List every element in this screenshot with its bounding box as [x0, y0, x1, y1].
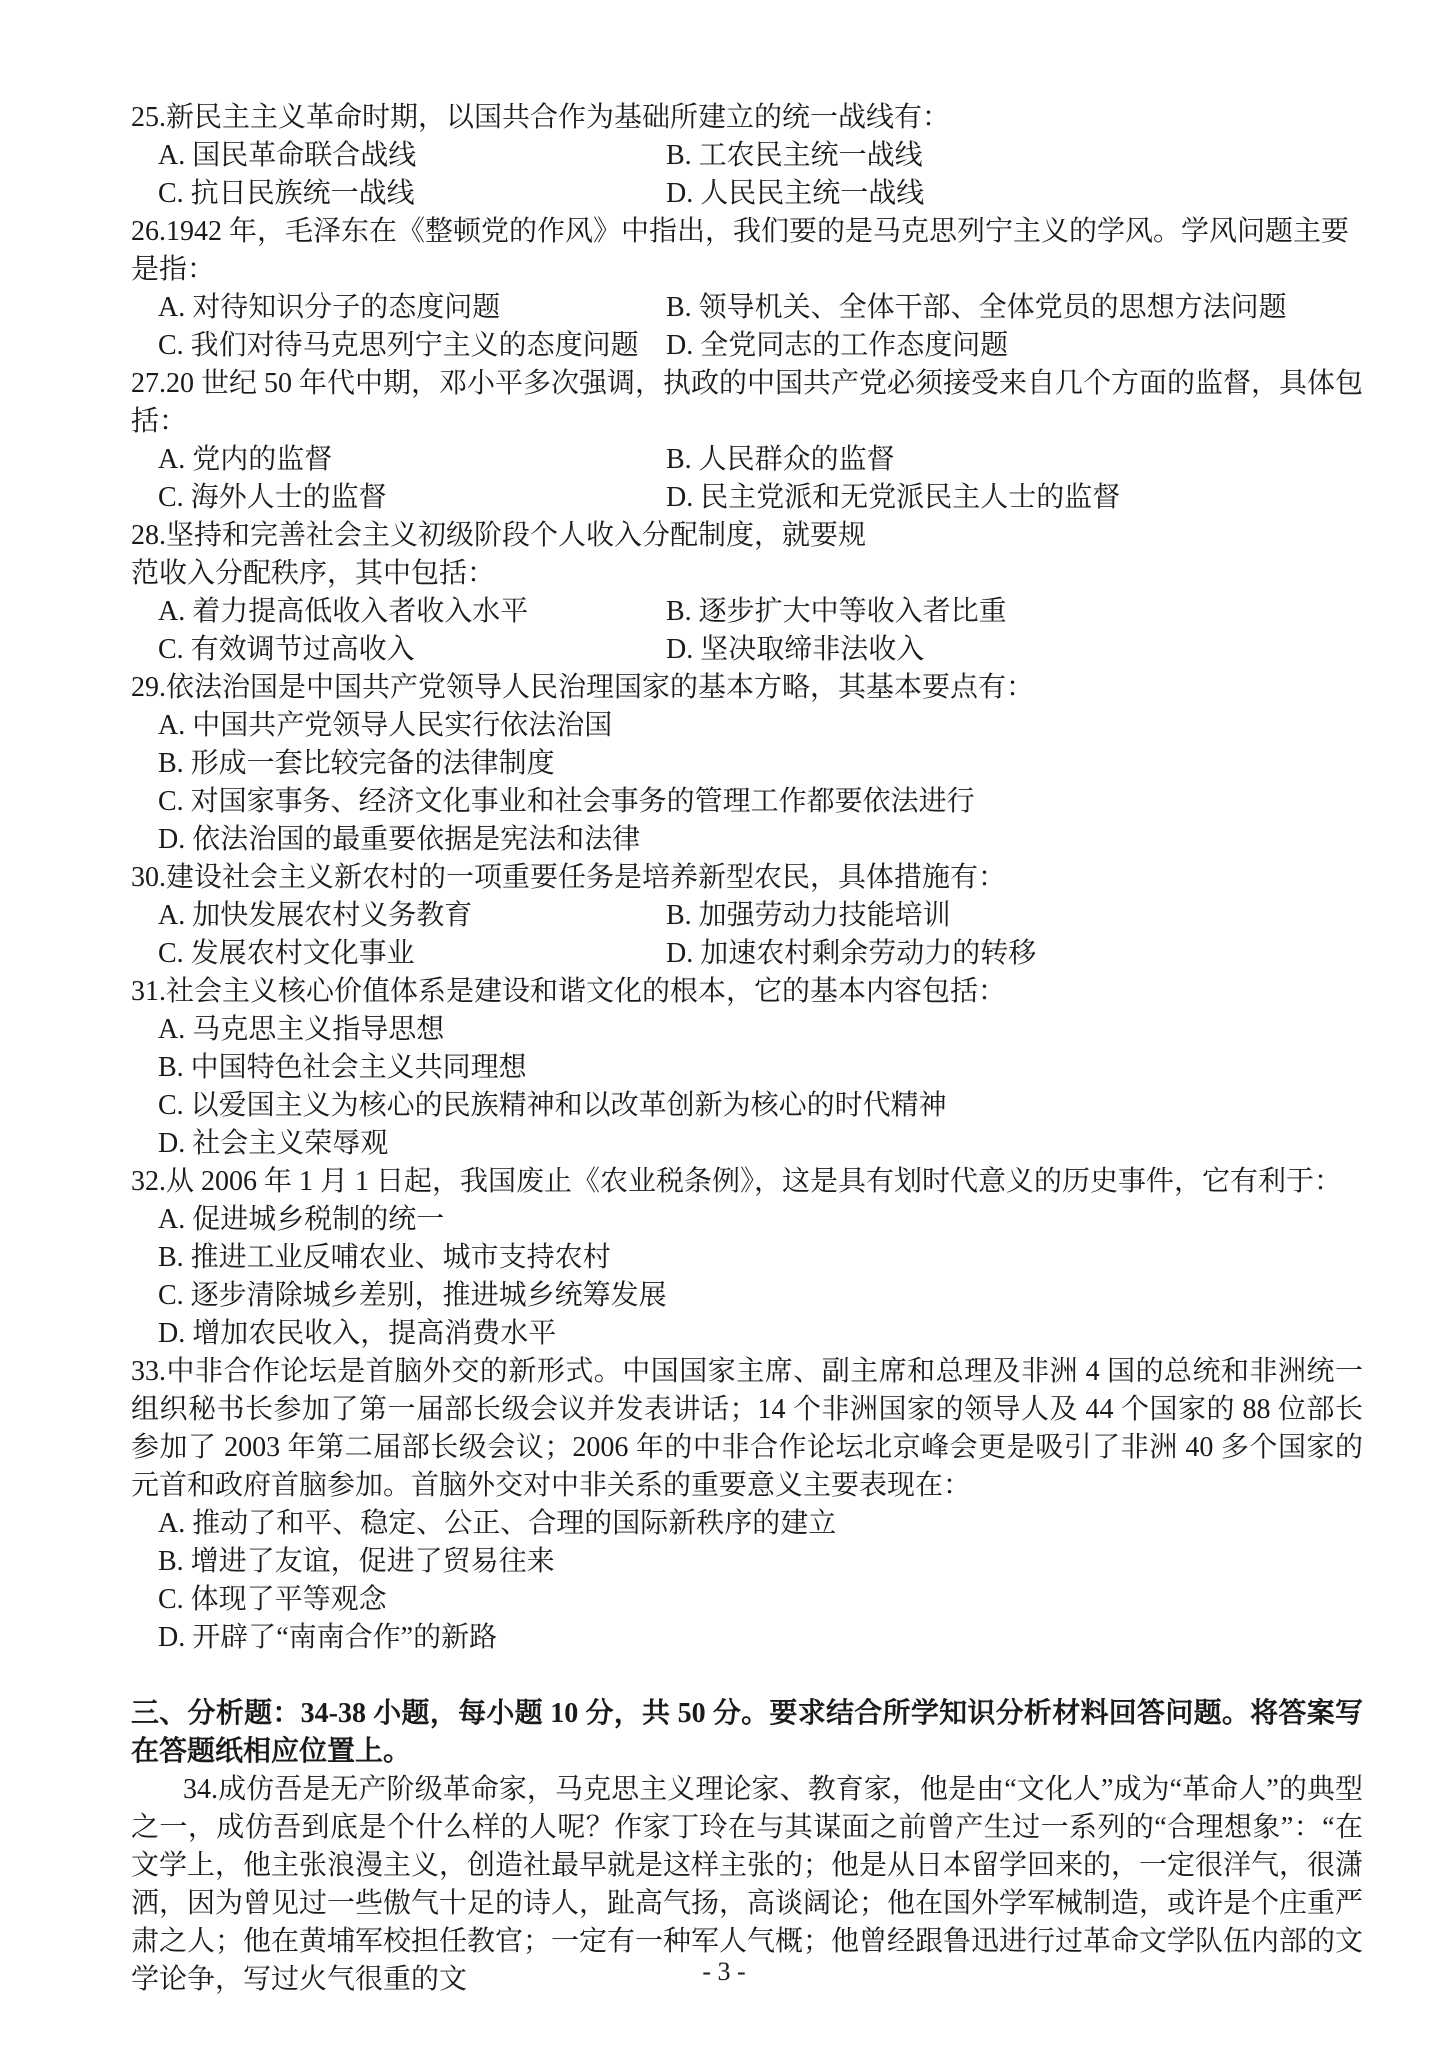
section-3-header: 三、分析题：34-38 小题，每小题 10 分，共 50 分。要求结合所学知识分… [131, 1695, 1363, 1771]
question-27-options-row-cd: C. 海外人士的监督 D. 民主党派和无党派民主人士的监督 [131, 479, 1363, 517]
question-31: 31.社会主义核心价值体系是建设和谐文化的根本，它的基本内容包括： A. 马克思… [131, 973, 1363, 1163]
question-28-options-row-cd: C. 有效调节过高收入 D. 坚决取缔非法收入 [131, 631, 1363, 669]
question-26-option-b: B. 领导机关、全体干部、全体党员的思想方法问题 [666, 289, 1287, 327]
question-31-option-b: B. 中国特色社会主义共同理想 [131, 1049, 1363, 1087]
question-27-option-d: D. 民主党派和无党派民主人士的监督 [666, 479, 1120, 517]
question-27: 27.20 世纪 50 年代中期，邓小平多次强调，执政的中国共产党必须接受来自几… [131, 365, 1363, 517]
question-25-options-row-cd: C. 抗日民族统一战线 D. 人民民主统一战线 [131, 175, 1363, 213]
question-28-option-b: B. 逐步扩大中等收入者比重 [666, 593, 1007, 631]
question-29-option-c: C. 对国家事务、经济文化事业和社会事务的管理工作都要依法进行 [131, 783, 1363, 821]
question-28-options-row-ab: A. 着力提高低收入者收入水平 B. 逐步扩大中等收入者比重 [131, 593, 1363, 631]
question-30-option-d: D. 加速农村剩余劳动力的转移 [666, 935, 1036, 973]
question-33-option-a: A. 推动了和平、稳定、公正、合理的国际新秩序的建立 [131, 1505, 1363, 1543]
question-26-stem: 26.1942 年，毛泽东在《整顿党的作风》中指出，我们要的是马克思列宁主义的学… [131, 213, 1363, 289]
page-content: 25.新民主主义革命时期，以国共合作为基础所建立的统一战线有： A. 国民革命联… [131, 99, 1363, 1999]
question-29-option-d: D. 依法治国的最重要依据是宪法和法律 [131, 821, 1363, 859]
question-28-option-d: D. 坚决取缔非法收入 [666, 631, 924, 669]
question-31-stem: 31.社会主义核心价值体系是建设和谐文化的根本，它的基本内容包括： [131, 973, 1363, 1011]
question-29-stem: 29.依法治国是中国共产党领导人民治理国家的基本方略，其基本要点有： [131, 669, 1363, 707]
question-32-option-c: C. 逐步清除城乡差别，推进城乡统筹发展 [131, 1277, 1363, 1315]
question-32-stem: 32.从 2006 年 1 月 1 日起，我国废止《农业税条例》，这是具有划时代… [131, 1163, 1363, 1201]
question-29-option-b: B. 形成一套比较完备的法律制度 [131, 745, 1363, 783]
question-32-option-a: A. 促进城乡税制的统一 [131, 1201, 1363, 1239]
question-28-stem-line-2: 范收入分配秩序，其中包括： [131, 555, 1363, 593]
question-26: 26.1942 年，毛泽东在《整顿党的作风》中指出，我们要的是马克思列宁主义的学… [131, 213, 1363, 365]
question-26-options-row-ab: A. 对待知识分子的态度问题 B. 领导机关、全体干部、全体党员的思想方法问题 [131, 289, 1363, 327]
question-27-options-row-ab: A. 党内的监督 B. 人民群众的监督 [131, 441, 1363, 479]
question-30-option-b: B. 加强劳动力技能培训 [666, 897, 951, 935]
question-32: 32.从 2006 年 1 月 1 日起，我国废止《农业税条例》，这是具有划时代… [131, 1163, 1363, 1353]
question-27-option-b: B. 人民群众的监督 [666, 441, 895, 479]
question-29: 29.依法治国是中国共产党领导人民治理国家的基本方略，其基本要点有： A. 中国… [131, 669, 1363, 859]
question-32-option-d: D. 增加农民收入，提高消费水平 [131, 1315, 1363, 1353]
question-31-option-d: D. 社会主义荣辱观 [131, 1125, 1363, 1163]
question-33-option-d: D. 开辟了“南南合作”的新路 [131, 1619, 1363, 1657]
question-33-stem: 33.中非合作论坛是首脑外交的新形式。中国国家主席、副主席和总理及非洲 4 国的… [131, 1353, 1363, 1505]
question-28: 28.坚持和完善社会主义初级阶段个人收入分配制度，就要规 范收入分配秩序，其中包… [131, 517, 1363, 669]
question-33-option-b: B. 增进了友谊，促进了贸易往来 [131, 1543, 1363, 1581]
question-25: 25.新民主主义革命时期，以国共合作为基础所建立的统一战线有： A. 国民革命联… [131, 99, 1363, 213]
section-3: 三、分析题：34-38 小题，每小题 10 分，共 50 分。要求结合所学知识分… [131, 1695, 1363, 1771]
question-33: 33.中非合作论坛是首脑外交的新形式。中国国家主席、副主席和总理及非洲 4 国的… [131, 1353, 1363, 1657]
question-25-stem: 25.新民主主义革命时期，以国共合作为基础所建立的统一战线有： [131, 99, 1363, 137]
exam-page: 25.新民主主义革命时期，以国共合作为基础所建立的统一战线有： A. 国民革命联… [0, 0, 1448, 2048]
question-26-options-row-cd: C. 我们对待马克思列宁主义的态度问题 D. 全党同志的工作态度问题 [131, 327, 1363, 365]
question-25-option-d: D. 人民民主统一战线 [666, 175, 924, 213]
question-30-options-row-ab: A. 加快发展农村义务教育 B. 加强劳动力技能培训 [131, 897, 1363, 935]
question-30-options-row-cd: C. 发展农村文化事业 D. 加速农村剩余劳动力的转移 [131, 935, 1363, 973]
question-33-option-c: C. 体现了平等观念 [131, 1581, 1363, 1619]
page-number: - 3 - [0, 1955, 1448, 1989]
question-27-stem: 27.20 世纪 50 年代中期，邓小平多次强调，执政的中国共产党必须接受来自几… [131, 365, 1363, 441]
question-31-option-a: A. 马克思主义指导思想 [131, 1011, 1363, 1049]
question-29-option-a: A. 中国共产党领导人民实行依法治国 [131, 707, 1363, 745]
question-28-stem-line-1: 28.坚持和完善社会主义初级阶段个人收入分配制度，就要规 [131, 517, 1363, 555]
question-32-option-b: B. 推进工业反哺农业、城市支持农村 [131, 1239, 1363, 1277]
question-26-option-d: D. 全党同志的工作态度问题 [666, 327, 1008, 365]
question-30-stem: 30.建设社会主义新农村的一项重要任务是培养新型农民，具体措施有： [131, 859, 1363, 897]
question-25-options-row-ab: A. 国民革命联合战线 B. 工农民主统一战线 [131, 137, 1363, 175]
question-30: 30.建设社会主义新农村的一项重要任务是培养新型农民，具体措施有： A. 加快发… [131, 859, 1363, 973]
question-25-option-b: B. 工农民主统一战线 [666, 137, 923, 175]
question-31-option-c: C. 以爱国主义为核心的民族精神和以改革创新为核心的时代精神 [131, 1087, 1363, 1125]
